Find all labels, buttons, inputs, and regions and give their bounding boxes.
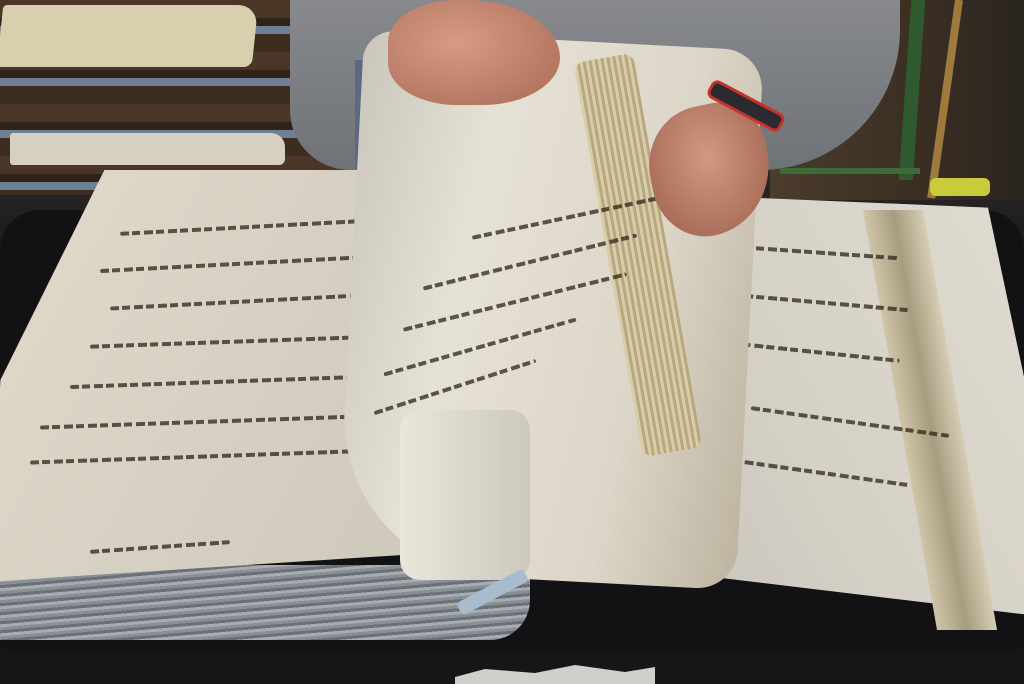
loose-paper-fragment <box>455 665 655 684</box>
green-frame-base <box>780 168 920 174</box>
shelf-paper-stack-lower <box>10 133 285 165</box>
shelf-paper-stack <box>0 5 258 67</box>
yellow-object <box>930 178 990 196</box>
inner-page <box>400 410 530 580</box>
photo-scene <box>0 0 1024 684</box>
